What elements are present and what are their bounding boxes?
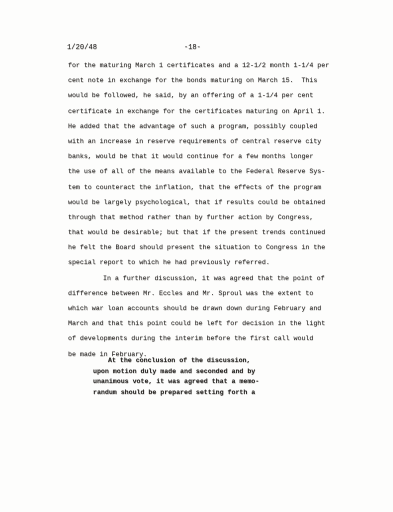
text-line: that would be desirable; but that if the… (68, 225, 332, 240)
text-line: through that method rather than by furth… (68, 210, 332, 225)
text-line: the use of all of the means available to… (68, 164, 332, 179)
resolution-line: unanimous vote, it was agreed that a mem… (93, 377, 263, 388)
text-line: banks, would be that it would continue f… (68, 149, 332, 164)
resolution-line: upon motion duly made and seconded and b… (93, 367, 263, 378)
text-line: which war loan accounts should be drawn … (68, 301, 332, 316)
text-line: of developments during the interim befor… (68, 331, 332, 346)
text-line: March and that this point could be left … (68, 316, 332, 331)
page-number: -18- (184, 44, 201, 52)
text-line: cent note in exchange for the bonds matu… (68, 73, 332, 88)
resolution-line: At the conclusion of the discussion, (93, 356, 263, 367)
date-stamp: 1/20/48 (67, 44, 97, 52)
text-line: would be followed, he said, by an offeri… (68, 88, 332, 103)
text-line: difference between Mr. Eccles and Mr. Sp… (68, 286, 332, 301)
text-line: certificate in exchange for the certific… (68, 104, 332, 119)
text-line: He added that the advantage of such a pr… (68, 119, 332, 134)
text-line: for the maturing March 1 certificates an… (68, 58, 332, 73)
text-line: he felt the Board should present the sit… (68, 240, 332, 255)
text-line: special report to which he had previousl… (68, 255, 332, 270)
body-text: for the maturing March 1 certificates an… (68, 58, 332, 362)
resolution-block: At the conclusion of the discussion, upo… (93, 356, 263, 398)
text-line: tem to counteract the inflation, that th… (68, 180, 332, 195)
resolution-line: randum should be prepared setting forth … (93, 388, 263, 399)
text-line: would be largely psychological, that if … (68, 195, 332, 210)
text-line: In a further discussion, it was agreed t… (68, 271, 332, 286)
document-page: 1/20/48 -18- for the maturing March 1 ce… (0, 0, 393, 512)
text-line: with an increase in reserve requirements… (68, 134, 332, 149)
